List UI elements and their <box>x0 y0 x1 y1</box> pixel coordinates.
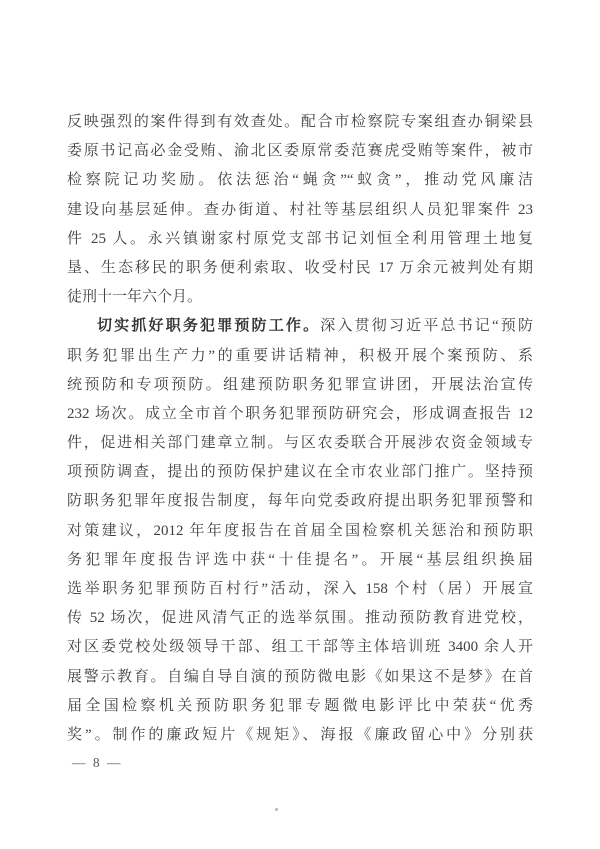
text-line: 务犯罪年度报告评选中获“十佳提名”。开展“基层组织换届 <box>67 546 533 575</box>
text-line: 项预防调查，提出的预防保护建议在全市农业部门推广。坚持预 <box>67 458 533 487</box>
text-line: 切实抓好职务犯罪预防工作。深入贯彻习近平总书记“预防 <box>67 312 533 341</box>
text-line: 统预防和专项预防。组建预防职务犯罪宣讲团，开展法治宣传 <box>67 371 533 400</box>
document-page: 反映强烈的案件得到有效查处。配合市检察院专案组查办铜梁县委原书记高必金受贿、渝北… <box>0 0 600 849</box>
text-line: 检察院记功奖励。依法惩治“蝇贪”“蚁贪”，推动党风廉洁 <box>67 166 533 195</box>
text-line: 委原书记高必金受贿、渝北区委原常委范赛虎受贿等案件，被市 <box>67 137 533 166</box>
text-line: 建设向基层延伸。查办街道、村社等基层组织人员犯罪案件 23 <box>67 196 533 225</box>
text-line: 反映强烈的案件得到有效查处。配合市检察院专案组查办铜梁县 <box>67 108 533 137</box>
page-number: — 8 — <box>72 752 123 774</box>
text-line: 防职务犯罪年度报告制度，每年向党委政府提出职务犯罪预警和 <box>67 487 533 516</box>
text-line: 232 场次。成立全市首个职务犯罪预防研究会，形成调查报告 12 <box>67 400 533 429</box>
scan-speck-artifact <box>275 808 278 811</box>
text-line: 垦、生态移民的职务便利索取、收受村民 17 万余元被判处有期 <box>67 254 533 283</box>
text-line: 职务犯罪出生产力”的重要讲话精神，积极开展个案预防、系 <box>67 342 533 371</box>
text-line: 对区委党校处级领导干部、组工干部等主体培训班 3400 余人开 <box>67 633 533 662</box>
text-line: 件 25 人。永兴镇谢家村原党支部书记刘恒全利用管理土地复 <box>67 225 533 254</box>
paragraph-lead-bold: 切实抓好职务犯罪预防工作。 <box>97 318 320 334</box>
text-line: 展警示教育。自编自导自演的预防微电影《如果这不是梦》在首 <box>67 663 533 692</box>
text-line: 届全国检察机关预防职务犯罪专题微电影评比中荣获“优秀 <box>67 692 533 721</box>
text-line: 传 52 场次，促进风清气正的选举氛围。推动预防教育进党校， <box>67 604 533 633</box>
text-line: 对策建议，2012 年年度报告在首届全国检察机关惩治和预防职 <box>67 517 533 546</box>
body-text: 反映强烈的案件得到有效查处。配合市检察院专案组查办铜梁县委原书记高必金受贿、渝北… <box>67 108 533 750</box>
text-line: 选举职务犯罪预防百村行”活动，深入 158 个村（居）开展宣 <box>67 575 533 604</box>
text-line: 奖”。制作的廉政短片《规矩》、海报《廉政留心中》分别获 <box>67 721 533 750</box>
text-line: 件，促进相关部门建章立制。与区农委联合开展涉农资金领域专 <box>67 429 533 458</box>
text-line: 徒刑十一年六个月。 <box>67 283 533 312</box>
